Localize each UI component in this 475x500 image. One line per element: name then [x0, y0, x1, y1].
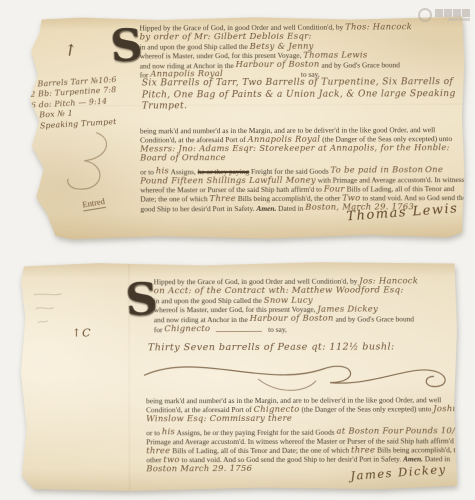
pencil-marks [28, 289, 68, 349]
bill-of-lading-1763: ↑ S Hipped by the Grace of God, in good … [28, 15, 466, 240]
printed-text: Hipped by the Grace of God, in good Orde… [154, 277, 358, 287]
pen-flourish [56, 129, 110, 203]
handwritten-bill-count: three [351, 444, 375, 454]
handwritten-freight: at Boston Four [336, 426, 403, 436]
document-paper: S Hipped by the Grace of God, in good Or… [20, 261, 459, 492]
handwritten-freight: To be paid in Boston [330, 165, 423, 175]
shipper-mark-glyph: ↑C [72, 327, 92, 340]
handwritten-harbour: Harbour of Boston [236, 59, 320, 69]
handwritten-consignee: Messrs: Jno: Adams Esqr: Storekeeper at … [140, 142, 450, 163]
header-text: Hipped by the Grace of God, in good Orde… [140, 22, 464, 79]
printed-text: to say, [268, 325, 287, 334]
shipper-mark-glyph: ↑ [62, 40, 78, 61]
printed-amen: Amen. [256, 203, 276, 212]
printed-text: or to [146, 428, 160, 437]
printed-text: for [154, 325, 163, 334]
printed-amen: Amen. [403, 455, 423, 464]
printed-text: Assigns, he or they paying Freight for t… [177, 427, 335, 437]
handwritten-harbour: Harbour of Boston [250, 313, 334, 323]
cargo-description: Six Barrells of Tarr, Two Barrells of Tu… [142, 77, 462, 113]
handwritten-word: his [162, 426, 175, 436]
watermark-circle-icon [418, 8, 432, 22]
shipper-mark: ↑ [62, 40, 78, 61]
margin-cargo-list: 6 Barrels Tarr №10:6 2 Bb: Turpentine 7:… [30, 74, 145, 132]
printed-text: and by God's Grace bound [335, 314, 414, 323]
handwritten-destination: Chignecto [164, 323, 210, 333]
header-text: Hipped by the Grace of God, in good Orde… [154, 276, 456, 334]
entred-note: Entred [82, 196, 106, 211]
cargo-description: Thirty Seven barrells of Pease qt: 112½ … [148, 341, 460, 353]
document-paper: ↑ S Hipped by the Grace of God, in good … [28, 15, 466, 240]
handwritten-shipper: Jos: Hancock [359, 275, 418, 285]
handwritten-date: Boston March 29. 1756 [146, 463, 252, 473]
printed-text: (the Danger of the Seas only excepted) u… [301, 405, 431, 414]
handwritten-word: his [156, 166, 169, 176]
printed-text: Dated in [278, 203, 303, 212]
watermark-text-blocks [435, 9, 470, 21]
printed-text: in and upon the good Ship called the [140, 42, 248, 51]
bill-of-lading-1756: S Hipped by the Grace of God, in good Or… [20, 261, 459, 492]
handwritten-freight-amount: Pounds 10/ [405, 425, 455, 435]
ornate-initial-s: S [110, 26, 144, 68]
photo-watermark [418, 8, 470, 22]
handwritten-ship-name: Snow Lucy [264, 294, 313, 304]
printed-text: Hipped by the Grace of God, in good Orde… [140, 23, 344, 33]
handwritten-shipper: Thos: Hancock [345, 21, 412, 31]
printed-text: and by God's Grace bound [321, 60, 400, 69]
handwritten-bill-count: Three [209, 193, 235, 203]
pen-flourish-large [138, 354, 456, 397]
shipper-mark: ↑C [72, 327, 92, 340]
printed-text: Bills of Lading, all of this Tenor and D… [172, 446, 349, 456]
printed-text: in and upon the good Ship called the [154, 296, 262, 305]
